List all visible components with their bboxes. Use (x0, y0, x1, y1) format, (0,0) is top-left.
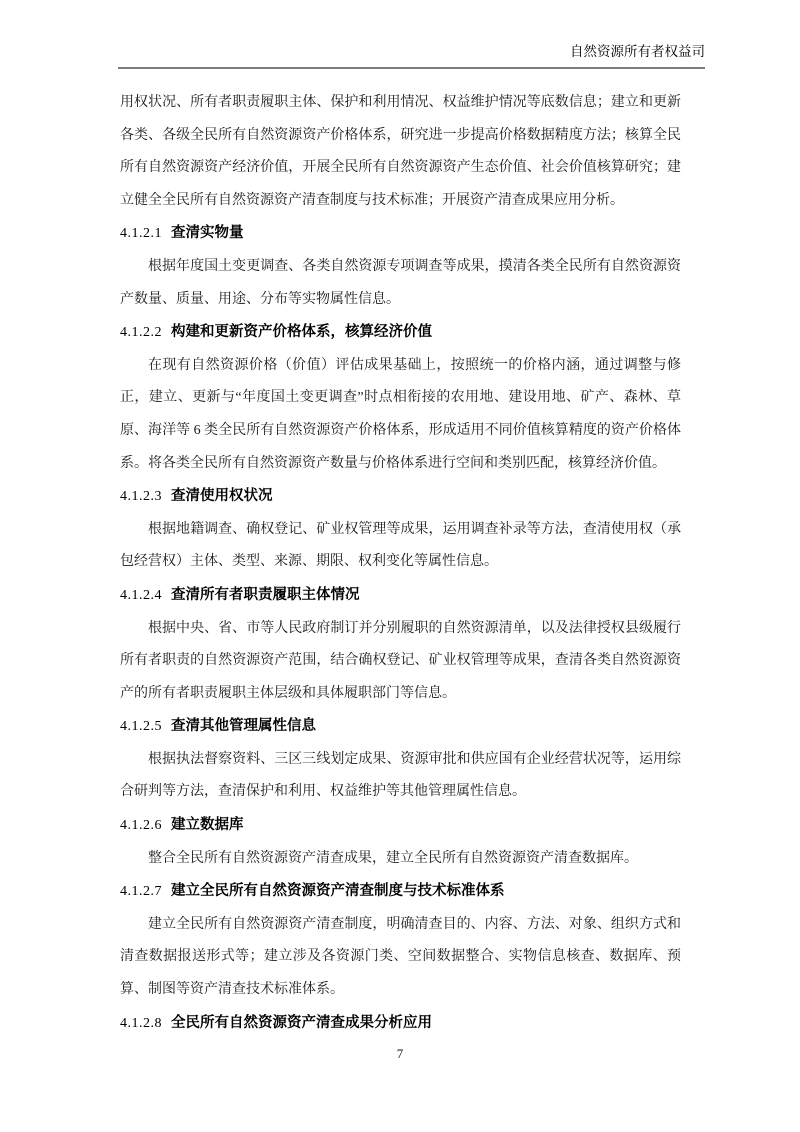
section-heading: 4.1.2.6建立数据库 (120, 809, 681, 843)
paragraph: 根据执法督察资料、三区三线划定成果、资源审批和供应国有企业经营状况等，运用综合研… (120, 744, 681, 809)
page-footer: 7 (0, 1044, 800, 1064)
paragraph: 在现有自然资源价格（价值）评估成果基础上，按照统一的价格内涵，通过调整与修正，建… (120, 350, 681, 480)
document-content: 用权状况、所有者职责履职主体、保护和利用情况、权益维护情况等底数信息；建立和更新… (120, 87, 681, 1040)
heading-number: 4.1.2.2 (120, 325, 162, 340)
paragraph: 用权状况、所有者职责履职主体、保护和利用情况、权益维护情况等底数信息；建立和更新… (120, 87, 681, 217)
section-heading: 4.1.2.7建立全民所有自然资源资产清查制度与技术标准体系 (120, 875, 681, 909)
heading-title: 构建和更新资产价格体系，核算经济价值 (171, 324, 432, 340)
heading-number: 4.1.2.1 (120, 226, 162, 241)
heading-title: 查清所有者职责履职主体情况 (171, 587, 360, 603)
heading-title: 建立数据库 (171, 817, 244, 833)
heading-title: 全民所有自然资源资产清查成果分析应用 (171, 1015, 432, 1031)
heading-number: 4.1.2.5 (120, 719, 162, 734)
section-heading: 4.1.2.8全民所有自然资源资产清查成果分析应用 (120, 1007, 681, 1041)
heading-title: 查清使用权状况 (171, 488, 273, 504)
paragraph: 整合全民所有自然资源资产清查成果，建立全民所有自然资源资产清查数据库。 (120, 843, 681, 876)
paragraph: 根据中央、省、市等人民政府制订并分别履职的自然资源清单，以及法律授权县级履行所有… (120, 613, 681, 711)
paragraph: 根据年度国土变更调查、各类自然资源专项调查等成果，摸清各类全民所有自然资源资产数… (120, 251, 681, 316)
paragraph: 根据地籍调查、确权登记、矿业权管理等成果，运用调查补录等方法，查清使用权（承包经… (120, 514, 681, 579)
heading-title: 查清其他管理属性信息 (171, 718, 316, 734)
document-page: 自然资源所有者权益司 用权状况、所有者职责履职主体、保护和利用情况、权益维护情况… (0, 0, 800, 1132)
heading-number: 4.1.2.8 (120, 1016, 162, 1031)
section-heading: 4.1.2.5查清其他管理属性信息 (120, 710, 681, 744)
heading-title: 查清实物量 (171, 225, 244, 241)
section-heading: 4.1.2.4查清所有者职责履职主体情况 (120, 579, 681, 613)
heading-number: 4.1.2.3 (120, 489, 162, 504)
page-header: 自然资源所有者权益司 (118, 42, 705, 69)
heading-number: 4.1.2.4 (120, 588, 162, 603)
section-heading: 4.1.2.2构建和更新资产价格体系，核算经济价值 (120, 316, 681, 350)
heading-title: 建立全民所有自然资源资产清查制度与技术标准体系 (171, 883, 505, 899)
paragraph: 建立全民所有自然资源资产清查制度，明确清查目的、内容、方法、对象、组织方式和清查… (120, 909, 681, 1007)
section-heading: 4.1.2.1查清实物量 (120, 217, 681, 251)
section-heading: 4.1.2.3查清使用权状况 (120, 480, 681, 514)
heading-number: 4.1.2.7 (120, 884, 162, 899)
header-department-label: 自然资源所有者权益司 (570, 44, 705, 59)
page-number: 7 (397, 1046, 404, 1061)
heading-number: 4.1.2.6 (120, 818, 162, 833)
